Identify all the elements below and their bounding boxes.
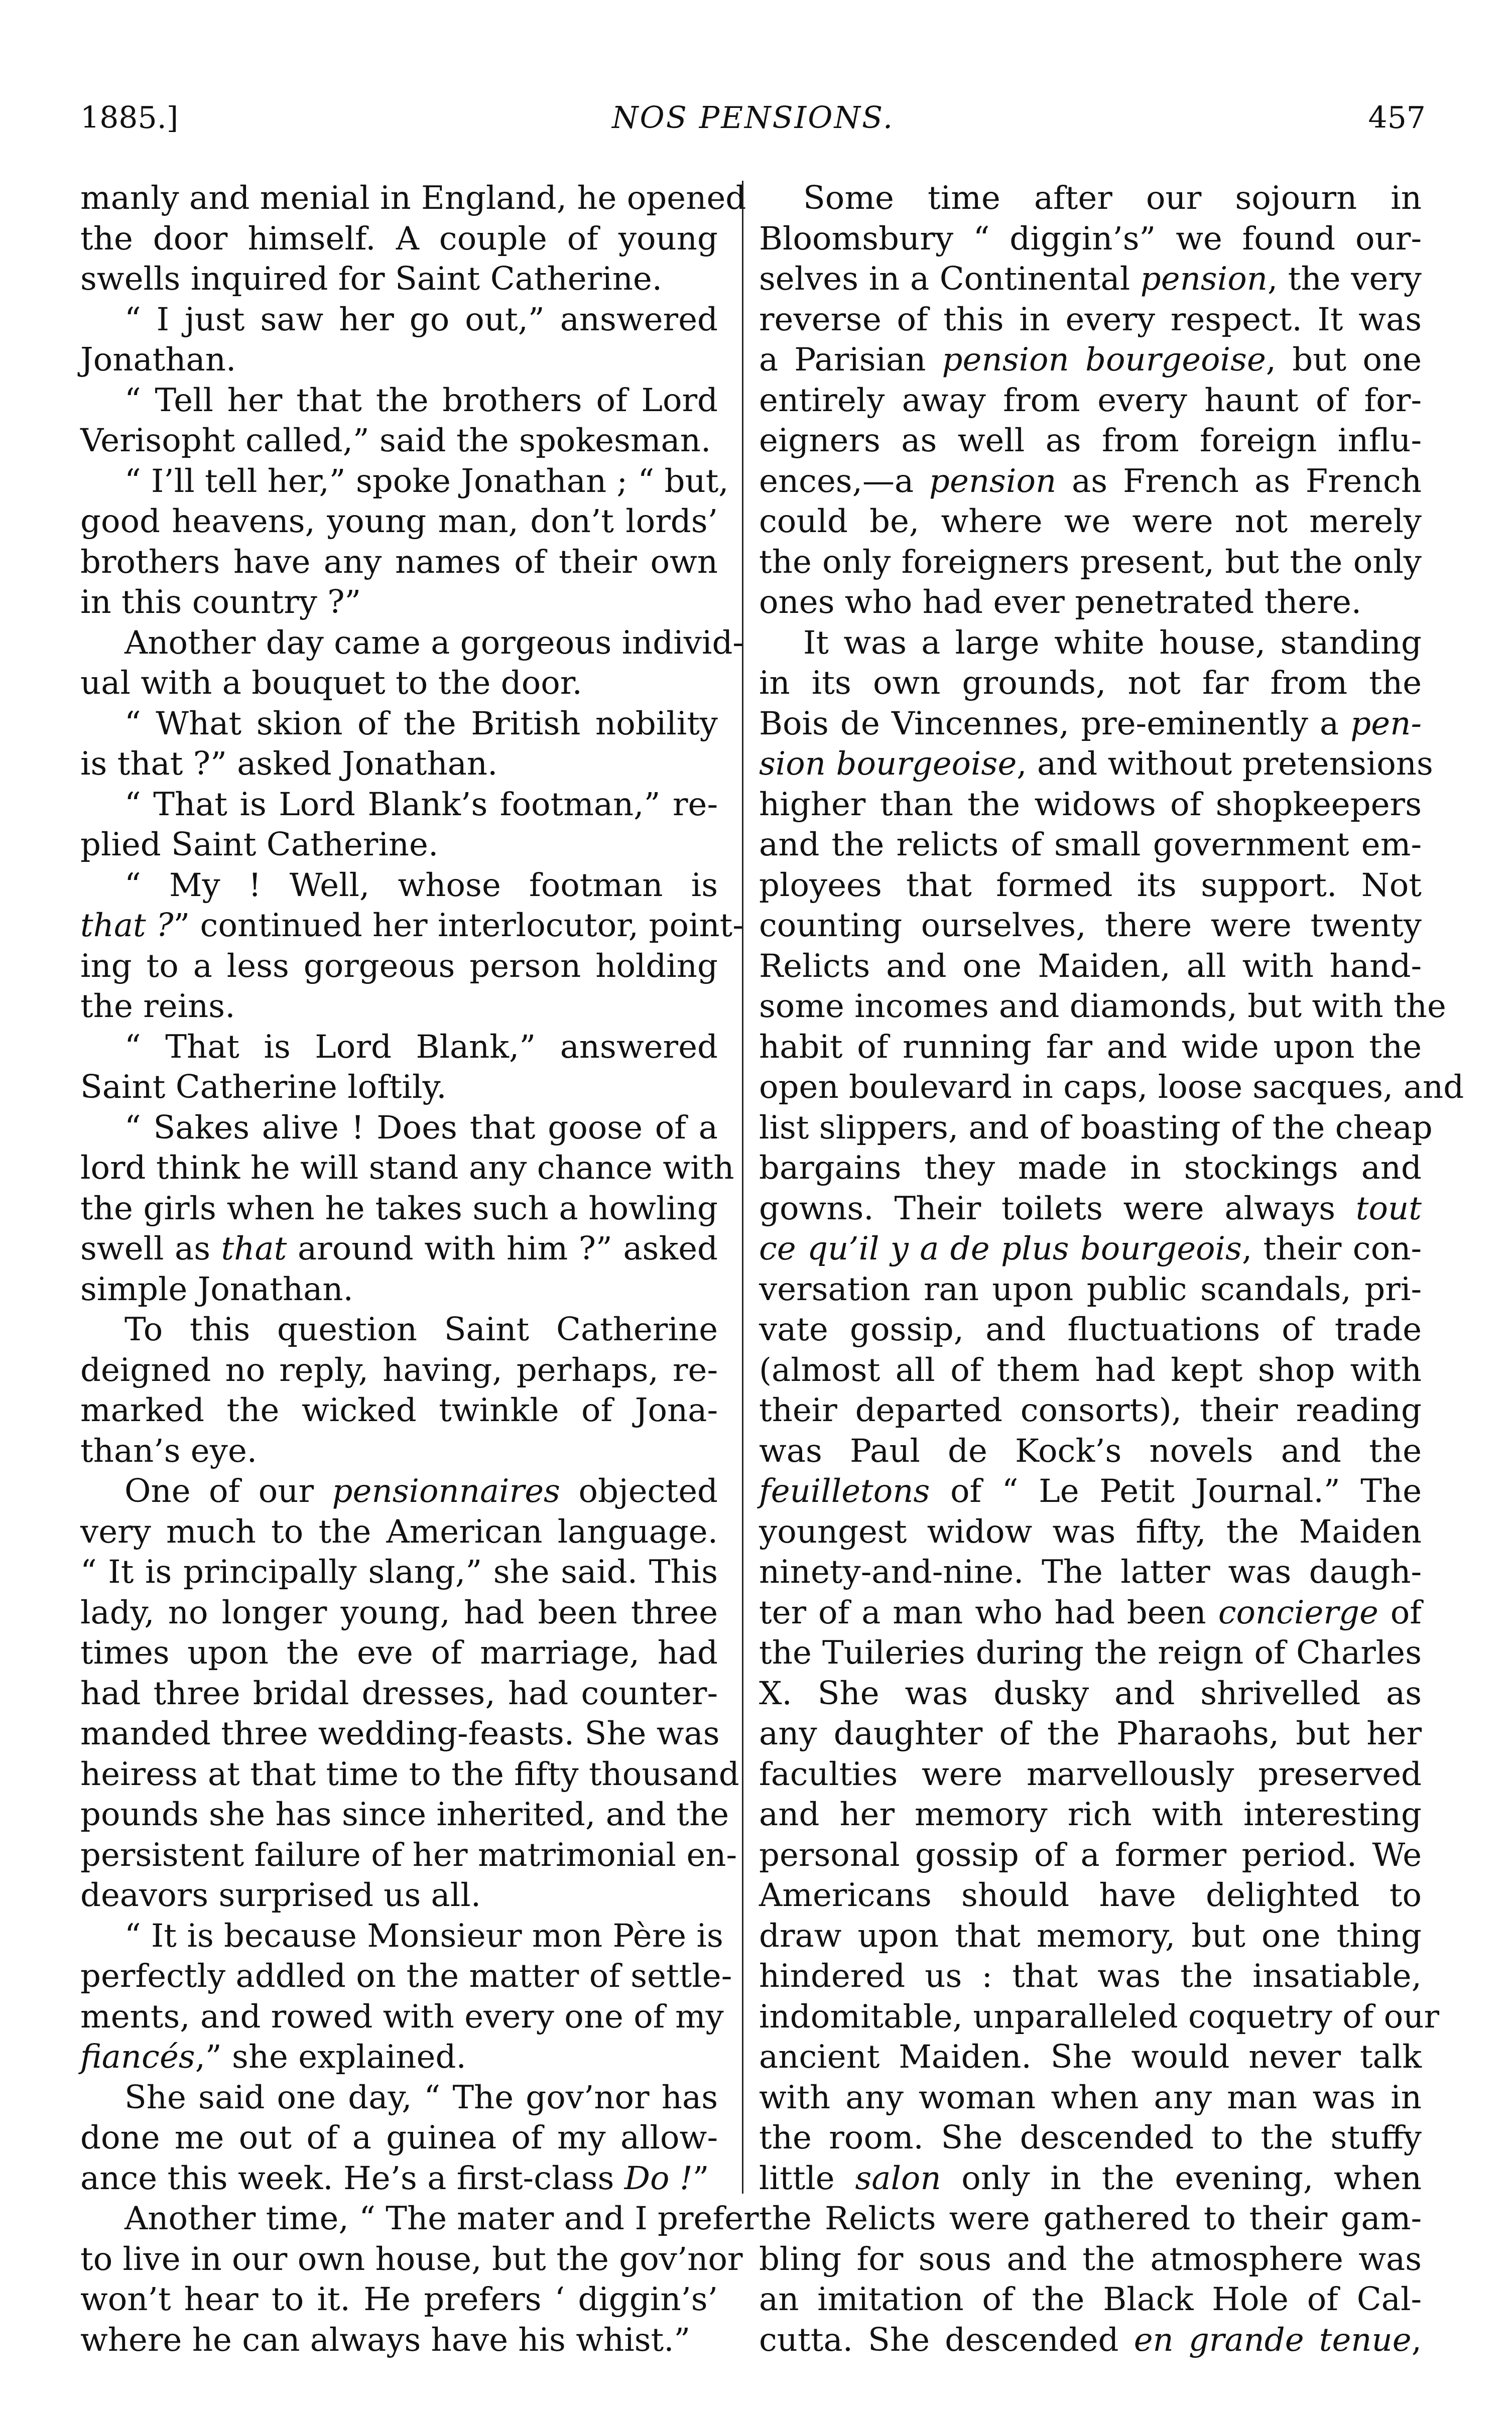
text-line: Some time after our sojourn in <box>759 178 1422 219</box>
text-line: with any woman when any man was in <box>759 2078 1422 2118</box>
text-line: reverse of this in every respect. It was <box>759 300 1422 340</box>
text-line: to live in our own house, but the gov’no… <box>80 2239 718 2280</box>
text-line: won’t hear to it. He prefers ‘ diggin’s’ <box>80 2279 718 2320</box>
text-line: youngest widow was fifty, the Maiden <box>759 1512 1422 1553</box>
text-line: fiancés,” she explained. <box>80 2037 718 2078</box>
text-line: Another time, “ The mater and I prefer <box>80 2199 718 2239</box>
text-line: She said one day, “ The gov’nor has <box>80 2078 718 2118</box>
text-line: “ That is Lord Blank,” answered <box>80 1027 718 1068</box>
text-line: the room. She descended to the stuffy <box>759 2118 1422 2158</box>
text-line: ployees that formed its support. Not <box>759 865 1422 906</box>
text-line: X. She was dusky and shrivelled as <box>759 1674 1422 1714</box>
text-line: could be, where we were not merely <box>759 501 1422 542</box>
text-line: and the relicts of small government em- <box>759 825 1422 865</box>
text-line: persistent failure of her matrimonial en… <box>80 1835 718 1876</box>
book-page: 1885.] NOS PENSIONS. 457 manly and menia… <box>0 0 1512 2413</box>
text-line: open boulevard in caps, loose sacques, a… <box>759 1067 1422 1108</box>
text-line: ce qu’il y a de plus bourgeois, their co… <box>759 1229 1422 1269</box>
text-line: ones who had ever penetrated there. <box>759 582 1422 623</box>
text-line: vate gossip, and fluctuations of trade <box>759 1310 1422 1350</box>
text-line: gowns. Their toilets were always tout <box>759 1189 1422 1229</box>
text-line: draw upon that memory, but one thing <box>759 1916 1422 1957</box>
text-line: the girls when he takes such a howling <box>80 1189 718 1229</box>
text-line: lady, no longer young, had been three <box>80 1593 718 1633</box>
running-header: 1885.] NOS PENSIONS. 457 <box>80 100 1426 141</box>
text-line: ences,—a pension as French as French <box>759 461 1422 502</box>
text-line: had three bridal dresses, had counter- <box>80 1674 718 1714</box>
text-line: swell as that around with him ?” asked <box>80 1229 718 1269</box>
text-line: Verisopht called,” said the spokesman. <box>80 421 718 461</box>
text-line: indomitable, unparalleled coquetry of ou… <box>759 1997 1422 2038</box>
text-line: ancient Maiden. She would never talk <box>759 2037 1422 2078</box>
text-line: perfectly addled on the matter of settle… <box>80 1956 718 1997</box>
text-line: feuilletons of “ Le Petit Journal.” The <box>759 1471 1422 1512</box>
text-line: in this country ?” <box>80 582 718 623</box>
text-line: higher than the widows of shopkeepers <box>759 785 1422 825</box>
text-line: habit of running far and wide upon the <box>759 1027 1422 1068</box>
text-line: “ That is Lord Blank’s footman,” re- <box>80 785 718 825</box>
text-line: bargains they made in stockings and <box>759 1148 1422 1189</box>
text-line: Another day came a gorgeous individ- <box>80 623 718 664</box>
text-line: cutta. She descended en grande tenue, <box>759 2320 1422 2361</box>
header-title: NOS PENSIONS. <box>80 100 1426 136</box>
text-line: “ What skion of the British nobility <box>80 704 718 744</box>
text-line: lord think he will stand any chance with <box>80 1148 718 1189</box>
text-line: and her memory rich with interesting <box>759 1795 1422 1835</box>
text-line: the Tuileries during the reign of Charle… <box>759 1633 1422 1674</box>
text-line: simple Jonathan. <box>80 1269 718 1310</box>
text-line: “ It is because Monsieur mon Père is <box>80 1916 718 1957</box>
text-line: personal gossip of a former period. We <box>759 1835 1422 1876</box>
text-line: ments, and rowed with every one of my <box>80 1997 718 2038</box>
right-column-text: Some time after our sojourn inBloomsbury… <box>759 178 1422 2360</box>
text-line: done me out of a guinea of my allow- <box>80 2118 718 2158</box>
text-line: ter of a man who had been concierge of <box>759 1593 1422 1633</box>
text-line: swells inquired for Saint Catherine. <box>80 259 718 300</box>
text-line: times upon the eve of marriage, had <box>80 1633 718 1674</box>
text-line: ance this week. He’s a first-class Do !” <box>80 2158 718 2199</box>
text-line: marked the wicked twinkle of Jona- <box>80 1390 718 1431</box>
text-line: some incomes and diamonds, but with the <box>759 986 1422 1027</box>
text-line: list slippers, and of boasting of the ch… <box>759 1108 1422 1149</box>
text-line: ual with a bouquet to the door. <box>80 663 718 704</box>
text-line: is that ?” asked Jonathan. <box>80 744 718 785</box>
text-line: selves in a Continental pension, the ver… <box>759 259 1422 300</box>
text-line: deavors surprised us all. <box>80 1875 718 1916</box>
text-line: deigned no reply, having, perhaps, re- <box>80 1350 718 1391</box>
text-line: Jonathan. <box>80 340 718 380</box>
text-line: that ?” continued her interlocutor, poin… <box>80 906 718 946</box>
text-line: Americans should have delighted to <box>759 1875 1422 1916</box>
text-line: One of our pensionnaires objected <box>80 1471 718 1512</box>
text-line: It was a large white house, standing <box>759 623 1422 664</box>
text-line: their departed consorts), their reading <box>759 1390 1422 1431</box>
text-line: heiress at that time to the fifty thousa… <box>80 1754 718 1795</box>
text-line: Saint Catherine loftily. <box>80 1067 718 1108</box>
text-line: the reins. <box>80 986 718 1027</box>
page-number: 457 <box>1368 100 1426 136</box>
text-line: counting ourselves, there were twenty <box>759 906 1422 946</box>
text-line: the only foreigners present, but the onl… <box>759 542 1422 583</box>
text-line: manly and menial in England, he opened <box>80 178 718 219</box>
text-line: “ Tell her that the brothers of Lord <box>80 380 718 421</box>
text-line: ninety-and-nine. The latter was daugh- <box>759 1552 1422 1593</box>
text-line: the Relicts were gathered to their gam- <box>759 2199 1422 2239</box>
column-divider <box>742 181 743 2194</box>
text-line: any daughter of the Pharaohs, but her <box>759 1714 1422 1754</box>
text-line: Bois de Vincennes, pre-eminently a pen- <box>759 704 1422 744</box>
text-line: pounds she has since inherited, and the <box>80 1795 718 1835</box>
text-line: where he can always have his whist.” <box>80 2320 718 2361</box>
text-line: “ I just saw her go out,” answered <box>80 300 718 340</box>
text-line: an imitation of the Black Hole of Cal- <box>759 2279 1422 2320</box>
text-line: a Parisian pension bourgeoise, but one <box>759 340 1422 380</box>
text-line: “ It is principally slang,” she said. Th… <box>80 1552 718 1593</box>
text-line: brothers have any names of their own <box>80 542 718 583</box>
text-line: “ My ! Well, whose footman is <box>80 865 718 906</box>
text-line: versation ran upon public scandals, pri- <box>759 1269 1422 1310</box>
text-line: plied Saint Catherine. <box>80 825 718 865</box>
text-line: than’s eye. <box>80 1431 718 1472</box>
text-line: faculties were marvellously preserved <box>759 1754 1422 1795</box>
text-line: eigners as well as from foreign influ- <box>759 421 1422 461</box>
text-line: Relicts and one Maiden, all with hand- <box>759 946 1422 987</box>
text-line: bling for sous and the atmosphere was <box>759 2239 1422 2280</box>
text-line: Bloomsbury “ diggin’s” we found our- <box>759 219 1422 260</box>
text-line: manded three wedding-feasts. She was <box>80 1714 718 1754</box>
text-line: hindered us : that was the insatiable, <box>759 1956 1422 1997</box>
text-line: “ I’ll tell her,” spoke Jonathan ; “ but… <box>80 461 718 502</box>
text-line: in its own grounds, not far from the <box>759 663 1422 704</box>
left-column-text: manly and menial in England, he openedth… <box>80 178 718 2360</box>
text-line: “ Sakes alive ! Does that goose of a <box>80 1108 718 1149</box>
text-line: entirely away from every haunt of for- <box>759 380 1422 421</box>
text-line: ing to a less gorgeous person holding <box>80 946 718 987</box>
text-line: To this question Saint Catherine <box>80 1310 718 1350</box>
text-line: good heavens, young man, don’t lords’ <box>80 501 718 542</box>
text-line: sion bourgeoise, and without pretensions <box>759 744 1422 785</box>
text-line: very much to the American language. <box>80 1512 718 1553</box>
text-line: little salon only in the evening, when <box>759 2158 1422 2199</box>
text-line: (almost all of them had kept shop with <box>759 1350 1422 1391</box>
text-line: was Paul de Kock’s novels and the <box>759 1431 1422 1472</box>
text-line: the door himself. A couple of young <box>80 219 718 260</box>
